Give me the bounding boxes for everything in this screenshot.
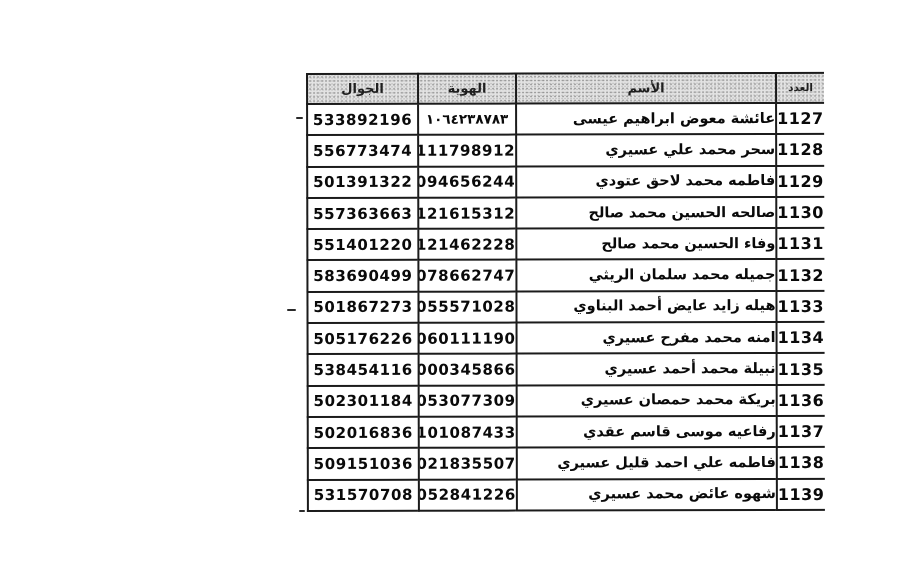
cell-name: عائشة معوض ابراهيم عيسى bbox=[516, 103, 776, 135]
cell-mobile: 583690499 bbox=[307, 260, 418, 292]
cell-id: 1111798912 bbox=[418, 135, 516, 167]
table-row: 1132جميله محمد سلمان الريثي1078662747583… bbox=[307, 259, 824, 291]
scan-artifact bbox=[296, 117, 303, 119]
cell-id: 1121462228 bbox=[418, 229, 516, 261]
table-row: 1138فاطمه علي احمد قليل عسيري10218355075… bbox=[308, 447, 825, 479]
cell-id: 1052841226 bbox=[419, 479, 517, 511]
cell-number: 1128 bbox=[776, 134, 824, 165]
cell-number: 1131 bbox=[776, 228, 824, 259]
cell-name: شهوه عائض محمد عسيري bbox=[517, 479, 777, 511]
cell-id: 1060111190 bbox=[419, 323, 517, 355]
cell-mobile: 538454116 bbox=[308, 354, 419, 386]
cell-name: بريكة محمد حمصان عسيري bbox=[517, 385, 777, 417]
cell-id: 1055571028 bbox=[418, 291, 516, 323]
cell-number: 1133 bbox=[776, 291, 824, 322]
cell-id: 1121615312 bbox=[418, 197, 516, 229]
cell-mobile: 556773474 bbox=[307, 135, 418, 167]
cell-id: 1053077309 bbox=[419, 385, 517, 417]
cell-number: 1136 bbox=[777, 385, 825, 416]
cell-name: هيله زايد عايض أحمد البناوي bbox=[516, 291, 776, 323]
cell-number: 1139 bbox=[777, 478, 825, 509]
cell-name: فاطمه علي احمد قليل عسيري bbox=[517, 447, 777, 479]
cell-name: نبيلة محمد أحمد عسيري bbox=[517, 353, 777, 385]
cell-mobile: 531570708 bbox=[308, 479, 419, 511]
table-header: العدد الأسم الهوية الجوال bbox=[307, 73, 824, 104]
cell-name: وفاء الحسين محمد صالح bbox=[516, 228, 776, 260]
header-row: العدد الأسم الهوية الجوال bbox=[307, 73, 824, 104]
cell-id: 1021835507 bbox=[419, 448, 517, 480]
header-name: الأسم bbox=[516, 73, 776, 104]
header-mobile: الجوال bbox=[307, 74, 418, 104]
cell-mobile: 501391322 bbox=[307, 166, 418, 198]
table-row: 1130صالحه الحسين محمد صالح11216153125573… bbox=[307, 197, 824, 229]
table-row: 1131وفاء الحسين محمد صالح112146222855140… bbox=[307, 228, 824, 260]
table-row: 1135نبيلة محمد أحمد عسيري100034586653845… bbox=[308, 353, 825, 385]
cell-number: 1135 bbox=[777, 353, 825, 384]
cell-id: 1000345866 bbox=[419, 354, 517, 386]
cell-number: 1132 bbox=[776, 259, 824, 290]
cell-id: ١٠٦٤٢٣٨٧٨٣ bbox=[418, 104, 516, 136]
roster-table-wrap: العدد الأسم الهوية الجوال 1127عائشة معوض… bbox=[306, 72, 825, 512]
cell-name: جميله محمد سلمان الريثي bbox=[516, 259, 776, 291]
table-row: 1136بريكة محمد حمصان عسيري10530773095023… bbox=[308, 385, 825, 417]
table-row: 1128سحر محمد علي عسيري111179891255677347… bbox=[307, 134, 824, 166]
table-row: 1129فاطمه محمد لاحق عتودي109465624450139… bbox=[307, 166, 824, 198]
cell-name: امنه محمد مفرح عسيري bbox=[517, 322, 777, 354]
cell-mobile: 551401220 bbox=[307, 229, 418, 261]
cell-number: 1127 bbox=[776, 103, 824, 134]
table-row: 1137رفاعيه موسى قاسم عقدي110108743350201… bbox=[308, 416, 825, 448]
cell-mobile: 557363663 bbox=[307, 198, 418, 230]
scanned-page: العدد الأسم الهوية الجوال 1127عائشة معوض… bbox=[0, 0, 905, 574]
cell-name: سحر محمد علي عسيري bbox=[516, 134, 776, 166]
cell-name: صالحه الحسين محمد صالح bbox=[516, 197, 776, 229]
cell-name: رفاعيه موسى قاسم عقدي bbox=[517, 416, 777, 448]
table-row: 1139شهوه عائض محمد عسيري1052841226531570… bbox=[308, 478, 825, 510]
table-body: 1127عائشة معوض ابراهيم عيسى١٠٦٤٢٣٨٧٨٣533… bbox=[307, 103, 825, 511]
cell-mobile: 509151036 bbox=[308, 448, 419, 480]
table-row: 1133هيله زايد عايض أحمد البناوي105557102… bbox=[307, 291, 824, 323]
cell-id: 1078662747 bbox=[418, 260, 516, 292]
cell-number: 1138 bbox=[777, 447, 825, 478]
scan-artifact bbox=[299, 510, 305, 512]
cell-mobile: 533892196 bbox=[307, 104, 418, 136]
cell-id: 1101087433 bbox=[419, 417, 517, 449]
cell-name: فاطمه محمد لاحق عتودي bbox=[516, 166, 776, 198]
table-row: 1134امنه محمد مفرح عسيري1060111190505176… bbox=[308, 322, 825, 354]
cell-number: 1137 bbox=[777, 416, 825, 447]
cell-number: 1134 bbox=[777, 322, 825, 353]
cell-number: 1129 bbox=[776, 166, 824, 197]
cell-mobile: 502301184 bbox=[308, 385, 419, 417]
cell-mobile: 502016836 bbox=[308, 417, 419, 449]
header-number: العدد bbox=[776, 73, 824, 103]
cell-mobile: 505176226 bbox=[308, 323, 419, 355]
scan-artifact bbox=[287, 309, 296, 311]
roster-table: العدد الأسم الهوية الجوال 1127عائشة معوض… bbox=[306, 72, 825, 512]
table-row: 1127عائشة معوض ابراهيم عيسى١٠٦٤٢٣٨٧٨٣533… bbox=[307, 103, 824, 135]
cell-id: 1094656244 bbox=[418, 166, 516, 198]
cell-number: 1130 bbox=[776, 197, 824, 228]
cell-mobile: 501867273 bbox=[307, 292, 418, 324]
header-id: الهوية bbox=[418, 74, 516, 104]
